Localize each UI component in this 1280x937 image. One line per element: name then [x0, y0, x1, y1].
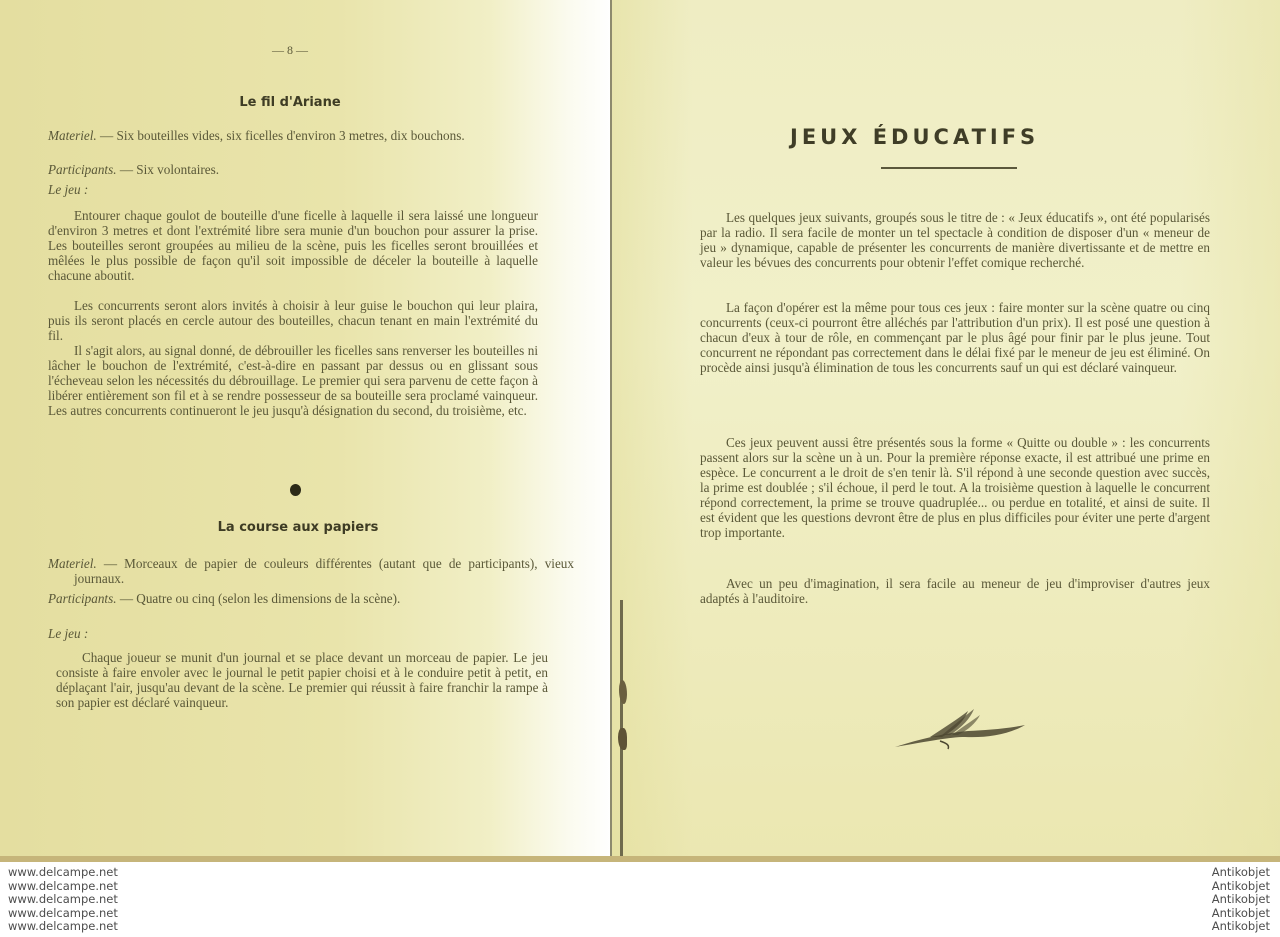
paragraph: Avec un peu d'imagination, il sera facil… [700, 576, 1210, 606]
watermark-right: Antikobjet Antikobjet Antikobjet Antikob… [1212, 866, 1270, 934]
watermark-line: www.delcampe.net [8, 880, 118, 894]
watermark-line: Antikobjet [1212, 920, 1270, 934]
watermark-line: www.delcampe.net [8, 920, 118, 934]
section-title-fil-ariane: Le fil d'Ariane [0, 95, 580, 110]
participants-label: Participants. [48, 162, 117, 177]
materiel-text: — Six bouteilles vides, six ficelles d'e… [97, 128, 465, 143]
paragraph: La façon d'opérer est la même pour tous … [700, 300, 1210, 375]
bullet-separator [290, 484, 301, 496]
watermark-line: www.delcampe.net [8, 893, 118, 907]
booklet-bottom-edge [0, 856, 1280, 862]
paragraph: Entourer chaque goulot de bouteille d'un… [48, 208, 538, 283]
section-title-course-papiers: La course aux papiers [0, 520, 596, 535]
paragraph: Il s'agit alors, au signal donné, de déb… [48, 343, 538, 418]
participants-text: — Quatre ou cinq (selon les dimensions d… [117, 591, 401, 606]
watermark-line: Antikobjet [1212, 907, 1270, 921]
title-underline [881, 167, 1017, 169]
chapter-title: JEUX ÉDUCATIFS [790, 125, 1120, 149]
materiel-label: Materiel. [48, 556, 97, 571]
watermark-line: www.delcampe.net [8, 907, 118, 921]
paragraph: Ces jeux peuvent aussi être présentés so… [700, 435, 1210, 540]
jeu-label: Le jeu : [48, 182, 248, 197]
watermark-line: Antikobjet [1212, 880, 1270, 894]
jeu-label: Le jeu : [48, 626, 248, 641]
materiel-line: Materiel. — Morceaux de papier de couleu… [48, 556, 574, 586]
materiel-label: Materiel. [48, 128, 97, 143]
paper-tear [618, 728, 627, 750]
paragraph: Les concurrents seront alors invités à c… [48, 298, 538, 343]
page-number: — 8 — [260, 43, 320, 58]
scanned-booklet: — 8 — Le fil d'Ariane Materiel. — Six bo… [0, 0, 1280, 862]
paragraph: Les quelques jeux suivants, groupés sous… [700, 210, 1210, 270]
materiel-line: Materiel. — Six bouteilles vides, six fi… [48, 128, 564, 143]
watermark-line: www.delcampe.net [8, 866, 118, 880]
watermark-line: Antikobjet [1212, 866, 1270, 880]
watermark-left: www.delcampe.net www.delcampe.net www.de… [8, 866, 118, 934]
participants-line: Participants. — Quatre ou cinq (selon le… [48, 591, 574, 606]
feather-flourish-icon [890, 705, 1030, 755]
page-fold [610, 0, 612, 862]
watermark-line: Antikobjet [1212, 893, 1270, 907]
materiel-text: — Morceaux de papier de couleurs différe… [74, 556, 574, 586]
participants-line: Participants. — Six volontaires. [48, 162, 538, 177]
paragraph: Chaque joueur se munit d'un journal et s… [56, 650, 548, 710]
participants-label: Participants. [48, 591, 117, 606]
participants-text: — Six volontaires. [117, 162, 220, 177]
